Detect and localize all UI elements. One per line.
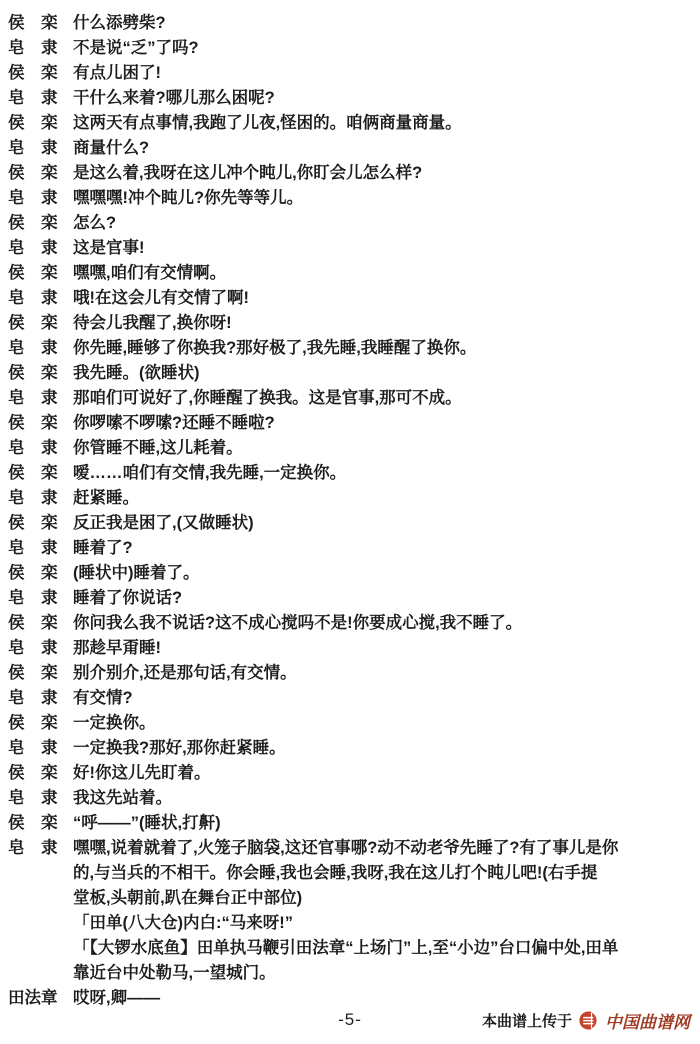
speaker-name: 皂 隶: [8, 36, 64, 61]
line-text: 的,与当兵的不相干。你会睡,我也会睡,我呀,我在这儿打个盹儿吧!(右手提: [73, 861, 597, 886]
line-text: 反正我是困了,(又做睡状): [73, 511, 254, 536]
line-text: (睡状中)睡着了。: [73, 561, 200, 586]
dialogue-line: 侯 栾反正我是困了,(又做睡状): [8, 511, 696, 536]
speaker-name: [8, 861, 64, 886]
line-text: 嘿嘿,咱们有交情啊。: [73, 261, 226, 286]
line-text: 你啰嗦不啰嗦?还睡不睡啦?: [73, 411, 275, 436]
line-text: 有点儿困了!: [73, 61, 161, 86]
line-text: 有交情?: [73, 686, 133, 711]
dialogue-line: 侯 栾别介别介,还是那句话,有交情。: [8, 661, 696, 686]
dialogue-line: 皂 隶嘿嘿嘿!冲个盹儿?你先等等儿。: [8, 186, 696, 211]
line-text: 好!你这儿先盯着。: [73, 761, 211, 786]
dialogue-line: 皂 隶睡着了你说话?: [8, 586, 696, 611]
dialogue-line: 侯 栾什么添劈柴?: [8, 11, 696, 36]
line-text: 堂板,头朝前,趴在舞台正中部位): [73, 886, 302, 911]
speaker-name: 侯 栾: [8, 561, 64, 586]
speaker-name: 侯 栾: [8, 61, 64, 86]
speaker-name: 皂 隶: [8, 536, 64, 561]
line-text: 干什么来着?哪儿那么困呢?: [73, 86, 275, 111]
speaker-name: 皂 隶: [8, 336, 64, 361]
dialogue-line: 皂 隶你先睡,睡够了你换我?那好极了,我先睡,我睡醒了换你。: [8, 336, 696, 361]
line-text: 是这么着,我呀在这儿冲个盹儿,你盯会儿怎么样?: [73, 161, 422, 186]
speaker-name: 侯 栾: [8, 11, 64, 36]
dialogue-line: 皂 隶那咱们可说好了,你睡醒了换我。这是官事,那可不成。: [8, 386, 696, 411]
line-text: 这两天有点事情,我跑了儿夜,怪困的。咱俩商量商量。: [73, 111, 462, 136]
dialogue-line: 侯 栾有点儿困了!: [8, 61, 696, 86]
speaker-name: 侯 栾: [8, 711, 64, 736]
quwang-music-logo-icon: [579, 1011, 598, 1030]
speaker-name: 皂 隶: [8, 486, 64, 511]
dialogue-line: 皂 隶我这先站着。: [8, 786, 696, 811]
speaker-name: 侯 栾: [8, 611, 64, 636]
watermark-prefix-text: 本曲谱上传于: [482, 1010, 572, 1031]
dialogue-line: 侯 栾(睡状中)睡着了。: [8, 561, 696, 586]
dialogue-line: 皂 隶一定换我?那好,那你赶紧睡。: [8, 736, 696, 761]
dialogue-line: 皂 隶干什么来着?哪儿那么困呢?: [8, 86, 696, 111]
line-text: 「【大锣水底鱼】田单执马鞭引田法章“上场门”上,至“小边”台口偏中处,田单: [73, 936, 618, 961]
speaker-name: 侯 栾: [8, 361, 64, 386]
dialogue-line: 侯 栾这两天有点事情,我跑了儿夜,怪困的。咱俩商量商量。: [8, 111, 696, 136]
line-text: 别介别介,还是那句话,有交情。: [73, 661, 297, 686]
line-text: 那咱们可说好了,你睡醒了换我。这是官事,那可不成。: [73, 386, 462, 411]
dialogue-line: 皂 隶这是官事!: [8, 236, 696, 261]
speaker-name: 皂 隶: [8, 586, 64, 611]
speaker-name: 皂 隶: [8, 186, 64, 211]
script-body: 侯 栾什么添劈柴?皂 隶不是说“乏”了吗?侯 栾有点儿困了!皂 隶干什么来着?哪…: [0, 0, 700, 1011]
dialogue-line: 侯 栾好!你这儿先盯着。: [8, 761, 696, 786]
speaker-name: 侯 栾: [8, 111, 64, 136]
line-text: 那趁早甭睡!: [73, 636, 161, 661]
line-text: 你管睡不睡,这儿耗着。: [73, 436, 243, 461]
line-text: 睡着了?: [73, 536, 133, 561]
speaker-name: 侯 栾: [8, 661, 64, 686]
dialogue-line: 侯 栾你问我么我不说话?这不成心搅吗不是!你要成心搅,我不睡了。: [8, 611, 696, 636]
dialogue-line: 侯 栾是这么着,我呀在这儿冲个盹儿,你盯会儿怎么样?: [8, 161, 696, 186]
dialogue-line: 靠近台中处勒马,一望城门。: [8, 961, 696, 986]
speaker-name: 皂 隶: [8, 786, 64, 811]
line-text: 我先睡。(欲睡状): [73, 361, 200, 386]
line-text: 嘿嘿嘿!冲个盹儿?你先等等儿。: [73, 186, 303, 211]
speaker-name: 侯 栾: [8, 161, 64, 186]
speaker-name: 皂 隶: [8, 686, 64, 711]
dialogue-line: 「田单(八大仓)内白:“马来呀!”: [8, 911, 696, 936]
speaker-name: 侯 栾: [8, 761, 64, 786]
speaker-name: 皂 隶: [8, 236, 64, 261]
line-text: 睡着了你说话?: [73, 586, 182, 611]
dialogue-line: 皂 隶有交情?: [8, 686, 696, 711]
dialogue-line: 侯 栾“呼——”(睡状,打鼾): [8, 811, 696, 836]
line-text: 「田单(八大仓)内白:“马来呀!”: [73, 911, 293, 936]
dialogue-line: 侯 栾待会儿我醒了,换你呀!: [8, 311, 696, 336]
dialogue-line: 皂 隶你管睡不睡,这儿耗着。: [8, 436, 696, 461]
line-text: 一定换我?那好,那你赶紧睡。: [73, 736, 286, 761]
line-text: 商量什么?: [73, 136, 149, 161]
dialogue-line: 侯 栾我先睡。(欲睡状): [8, 361, 696, 386]
speaker-name: 皂 隶: [8, 86, 64, 111]
line-text: 这是官事!: [73, 236, 145, 261]
watermark: 本曲谱上传于 中国曲谱网: [482, 1008, 690, 1033]
speaker-name: 侯 栾: [8, 461, 64, 486]
line-text: 什么添劈柴?: [73, 11, 166, 36]
line-text: “呼——”(睡状,打鼾): [73, 811, 221, 836]
speaker-name: 皂 隶: [8, 736, 64, 761]
line-text: 一定换你。: [73, 711, 156, 736]
line-text: 嗳……咱们有交情,我先睡,一定换你。: [73, 461, 346, 486]
watermark-site-name: 中国曲谱网: [605, 1008, 690, 1033]
dialogue-line: 皂 隶睡着了?: [8, 536, 696, 561]
line-text: 你问我么我不说话?这不成心搅吗不是!你要成心搅,我不睡了。: [73, 611, 522, 636]
speaker-name: 皂 隶: [8, 836, 64, 861]
dialogue-line: 侯 栾一定换你。: [8, 711, 696, 736]
speaker-name: [8, 911, 64, 936]
dialogue-line: 侯 栾嘿嘿,咱们有交情啊。: [8, 261, 696, 286]
speaker-name: [8, 936, 64, 961]
speaker-name: [8, 886, 64, 911]
speaker-name: [8, 961, 64, 986]
line-text: 哦!在这会儿有交情了啊!: [73, 286, 249, 311]
line-text: 我这先站着。: [73, 786, 172, 811]
line-text: 赶紧睡。: [73, 486, 139, 511]
dialogue-line: 侯 栾你啰嗦不啰嗦?还睡不睡啦?: [8, 411, 696, 436]
speaker-name: 侯 栾: [8, 311, 64, 336]
dialogue-line: 的,与当兵的不相干。你会睡,我也会睡,我呀,我在这儿打个盹儿吧!(右手提: [8, 861, 696, 886]
dialogue-line: 皂 隶商量什么?: [8, 136, 696, 161]
speaker-name: 皂 隶: [8, 286, 64, 311]
dialogue-line: 皂 隶嘿嘿,说着就着了,火笼子脑袋,这还官事哪?动不动老爷先睡了?有了事儿是你: [8, 836, 696, 861]
dialogue-line: 侯 栾嗳……咱们有交情,我先睡,一定换你。: [8, 461, 696, 486]
line-text: 你先睡,睡够了你换我?那好极了,我先睡,我睡醒了换你。: [73, 336, 476, 361]
speaker-name: 侯 栾: [8, 411, 64, 436]
speaker-name: 侯 栾: [8, 261, 64, 286]
speaker-name: 侯 栾: [8, 811, 64, 836]
line-text: 嘿嘿,说着就着了,火笼子脑袋,这还官事哪?动不动老爷先睡了?有了事儿是你: [73, 836, 618, 861]
page-footer: -5- 本曲谱上传于 中国曲谱网: [0, 1006, 700, 1040]
dialogue-line: 皂 隶赶紧睡。: [8, 486, 696, 511]
speaker-name: 皂 隶: [8, 136, 64, 161]
line-text: 不是说“乏”了吗?: [73, 36, 199, 61]
speaker-name: 皂 隶: [8, 386, 64, 411]
line-text: 靠近台中处勒马,一望城门。: [73, 961, 276, 986]
line-text: 待会儿我醒了,换你呀!: [73, 311, 232, 336]
dialogue-line: 堂板,头朝前,趴在舞台正中部位): [8, 886, 696, 911]
dialogue-line: 皂 隶哦!在这会儿有交情了啊!: [8, 286, 696, 311]
speaker-name: 皂 隶: [8, 436, 64, 461]
dialogue-line: 皂 隶不是说“乏”了吗?: [8, 36, 696, 61]
scanned-script-page: { "colors": { "ink": "#1c1c1c", "logo_re…: [0, 0, 700, 1044]
speaker-name: 皂 隶: [8, 636, 64, 661]
speaker-name: 侯 栾: [8, 211, 64, 236]
dialogue-line: 「【大锣水底鱼】田单执马鞭引田法章“上场门”上,至“小边”台口偏中处,田单: [8, 936, 696, 961]
dialogue-line: 皂 隶那趁早甭睡!: [8, 636, 696, 661]
line-text: 怎么?: [73, 211, 116, 236]
speaker-name: 侯 栾: [8, 511, 64, 536]
dialogue-line: 侯 栾怎么?: [8, 211, 696, 236]
